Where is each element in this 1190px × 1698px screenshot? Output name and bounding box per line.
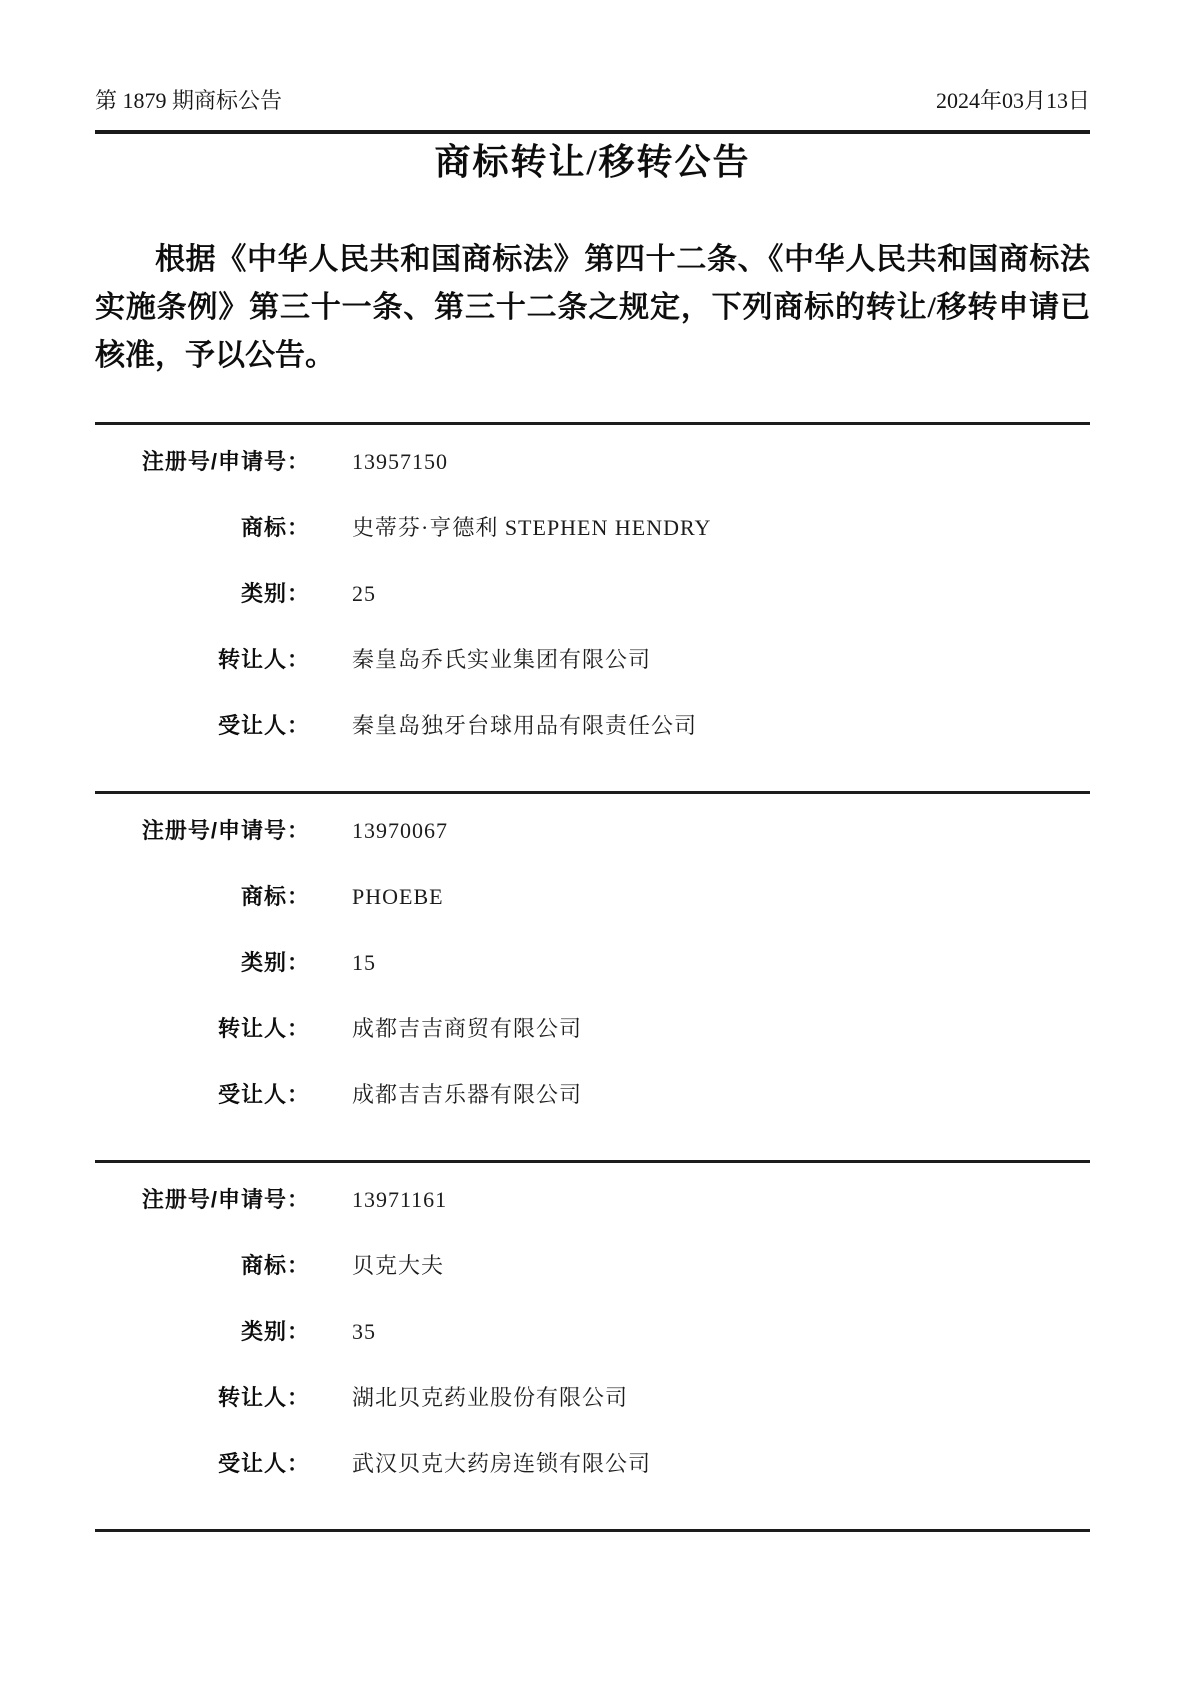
- assignor-label: 转让人：: [95, 1014, 310, 1044]
- record-row-class: 类别： 35: [95, 1317, 1090, 1347]
- record-row-class: 类别： 25: [95, 579, 1090, 609]
- trademark-record: 注册号/申请号： 13957150 商标： 史蒂芬·亨德利 STEPHEN HE…: [95, 422, 1090, 791]
- class-value: 15: [352, 948, 376, 978]
- assignee-value: 秦皇岛独牙台球用品有限责任公司: [352, 711, 697, 741]
- trademark-value: PHOEBE: [352, 882, 444, 912]
- header-rule: [95, 130, 1090, 134]
- page-title: 商标转让/移转公告: [95, 140, 1090, 184]
- assignee-label: 受让人：: [95, 1080, 310, 1110]
- class-label: 类别：: [95, 948, 310, 978]
- gazette-issue-number: 第 1879 期商标公告: [95, 86, 282, 116]
- record-row-reg-no: 注册号/申请号： 13957150: [95, 447, 1090, 477]
- assignor-value: 秦皇岛乔氏实业集团有限公司: [352, 645, 651, 675]
- record-row-assignee: 受让人： 武汉贝克大药房连锁有限公司: [95, 1449, 1090, 1479]
- record-row-reg-no: 注册号/申请号： 13971161: [95, 1185, 1090, 1215]
- reg-no-label: 注册号/申请号：: [95, 1185, 310, 1215]
- record-row-trademark: 商标： 贝克大夫: [95, 1251, 1090, 1281]
- trademark-label: 商标：: [95, 882, 310, 912]
- reg-no-value: 13971161: [352, 1185, 447, 1215]
- record-row-assignee: 受让人： 成都吉吉乐器有限公司: [95, 1080, 1090, 1110]
- gazette-page: 第 1879 期商标公告 2024年03月13日 商标转让/移转公告 根据《中华…: [0, 0, 1190, 1532]
- class-label: 类别：: [95, 1317, 310, 1347]
- trademark-label: 商标：: [95, 1251, 310, 1281]
- trademark-record: 注册号/申请号： 13970067 商标： PHOEBE 类别： 15 转让人：…: [95, 791, 1090, 1160]
- trademark-label: 商标：: [95, 513, 310, 543]
- record-row-reg-no: 注册号/申请号： 13970067: [95, 816, 1090, 846]
- assignee-label: 受让人：: [95, 711, 310, 741]
- class-label: 类别：: [95, 579, 310, 609]
- assignee-label: 受让人：: [95, 1449, 310, 1479]
- assignor-label: 转让人：: [95, 1383, 310, 1413]
- assignor-value: 成都吉吉商贸有限公司: [352, 1014, 582, 1044]
- trademark-value: 史蒂芬·亨德利 STEPHEN HENDRY: [352, 513, 711, 543]
- assignor-label: 转让人：: [95, 645, 310, 675]
- record-row-assignor: 转让人： 成都吉吉商贸有限公司: [95, 1014, 1090, 1044]
- record-list: 注册号/申请号： 13957150 商标： 史蒂芬·亨德利 STEPHEN HE…: [95, 422, 1090, 1532]
- trademark-record: 注册号/申请号： 13971161 商标： 贝克大夫 类别： 35 转让人： 湖…: [95, 1160, 1090, 1529]
- reg-no-value: 13957150: [352, 447, 448, 477]
- gazette-date: 2024年03月13日: [936, 86, 1090, 116]
- intro-paragraph: 根据《中华人民共和国商标法》第四十二条、《中华人民共和国商标法实施条例》第三十一…: [95, 236, 1090, 380]
- record-row-assignor: 转让人： 秦皇岛乔氏实业集团有限公司: [95, 645, 1090, 675]
- reg-no-label: 注册号/申请号：: [95, 816, 310, 846]
- record-row-assignor: 转让人： 湖北贝克药业股份有限公司: [95, 1383, 1090, 1413]
- bottom-rule: [95, 1529, 1090, 1532]
- assignee-value: 成都吉吉乐器有限公司: [352, 1080, 582, 1110]
- class-value: 35: [352, 1317, 376, 1347]
- record-row-trademark: 商标： 史蒂芬·亨德利 STEPHEN HENDRY: [95, 513, 1090, 543]
- reg-no-value: 13970067: [352, 816, 448, 846]
- assignor-value: 湖北贝克药业股份有限公司: [352, 1383, 628, 1413]
- class-value: 25: [352, 579, 376, 609]
- record-row-class: 类别： 15: [95, 948, 1090, 978]
- record-row-trademark: 商标： PHOEBE: [95, 882, 1090, 912]
- page-header: 第 1879 期商标公告 2024年03月13日: [95, 86, 1090, 116]
- assignee-value: 武汉贝克大药房连锁有限公司: [352, 1449, 651, 1479]
- record-row-assignee: 受让人： 秦皇岛独牙台球用品有限责任公司: [95, 711, 1090, 741]
- trademark-value: 贝克大夫: [352, 1251, 444, 1281]
- reg-no-label: 注册号/申请号：: [95, 447, 310, 477]
